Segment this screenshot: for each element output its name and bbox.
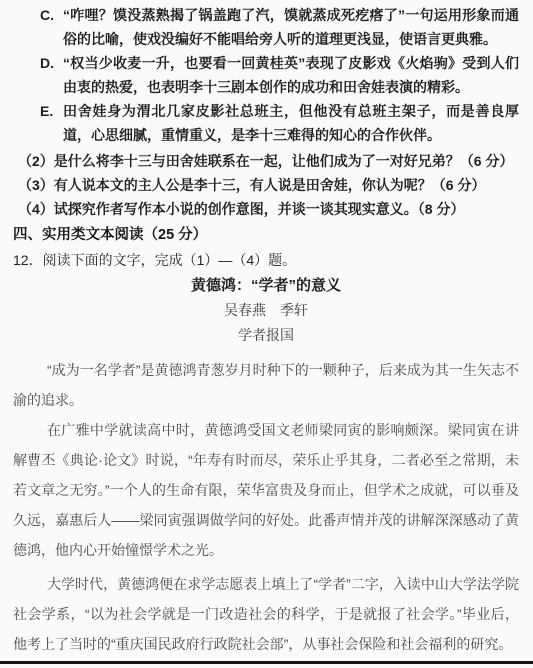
article-title: 黄德鸿：“学者”的意义 (13, 273, 519, 298)
option-c-text: “咋哩？馍没蒸熟揭了锅盖跑了汽，馍就蒸成死疙瘩了”一句运用形象而通俗的比喻，使戏… (63, 7, 519, 47)
article-paragraph-2: 在广雅中学就读高中时，黄德鸿受国文老师梁同寅的影响颇深。梁同寅在讲解曹丕《典论·… (13, 415, 519, 565)
article-subheading: 学者报国 (13, 323, 519, 347)
option-d: D. “权当少收麦一升，也要看一回黄桂英”表现了皮影戏《火焰驹》受到人们由衷的热… (13, 51, 519, 99)
option-c-label: C. (40, 3, 54, 27)
option-e-label: E. (40, 99, 53, 123)
option-e-text: 田舍娃身为渭北几家皮影社总班主，但他没有总班主架子，而是善良厚道，心思细腻，重情… (63, 103, 519, 143)
option-d-text: “权当少收麦一升，也要看一回黄桂英”表现了皮影戏《火焰驹》受到人们由衷的热爱，也… (63, 55, 519, 95)
option-c: C. “咋哩？馍没蒸熟揭了锅盖跑了汽，馍就蒸成死疙瘩了”一句运用形象而通俗的比喻… (13, 3, 519, 51)
article-paragraph-3: 大学时代，黄德鸿便在求学志愿表上填上了“学者”二字，入读中山大学法学院社会学系，… (13, 569, 519, 659)
question-2: （2）是什么将李十三与田舍娃联系在一起，让他们成为了一对好兄弟？（6 分） (18, 149, 519, 173)
question-3: （3）有人说本文的主人公是李十三，有人说是田舍娃，你认为呢？（6 分） (18, 173, 519, 197)
option-e: E. 田舍娃身为渭北几家皮影社总班主，但他没有总班主架子，而是善良厚道，心思细腻… (13, 99, 519, 147)
question-4: （4）试探究作者写作本小说的创作意图，并谈一谈其现实意义。（8 分） (18, 197, 519, 221)
bottom-divider (0, 661, 533, 664)
document-page: C. “咋哩？馍没蒸熟揭了锅盖跑了汽，馍就蒸成死疙瘩了”一句运用形象而通俗的比喻… (0, 0, 533, 668)
article-paragraph-1: “成为一名学者”是黄德鸿青葱岁月时种下的一颗种子，后来成为其一生矢志不渝的追求。 (13, 355, 519, 415)
question-list: （2）是什么将李十三与田舍娃联系在一起，让他们成为了一对好兄弟？（6 分） （3… (13, 149, 519, 221)
section-heading: 四、实用类文本阅读（25 分） (13, 223, 519, 248)
option-d-label: D. (40, 51, 54, 75)
choice-options: C. “咋哩？馍没蒸熟揭了锅盖跑了汽，馍就蒸成死疙瘩了”一句运用形象而通俗的比喻… (13, 3, 519, 147)
exercise-instruction: 12．阅读下面的文字，完成（1）—（4）题。 (13, 248, 519, 273)
article-authors: 吴春燕 季轩 (13, 298, 519, 323)
